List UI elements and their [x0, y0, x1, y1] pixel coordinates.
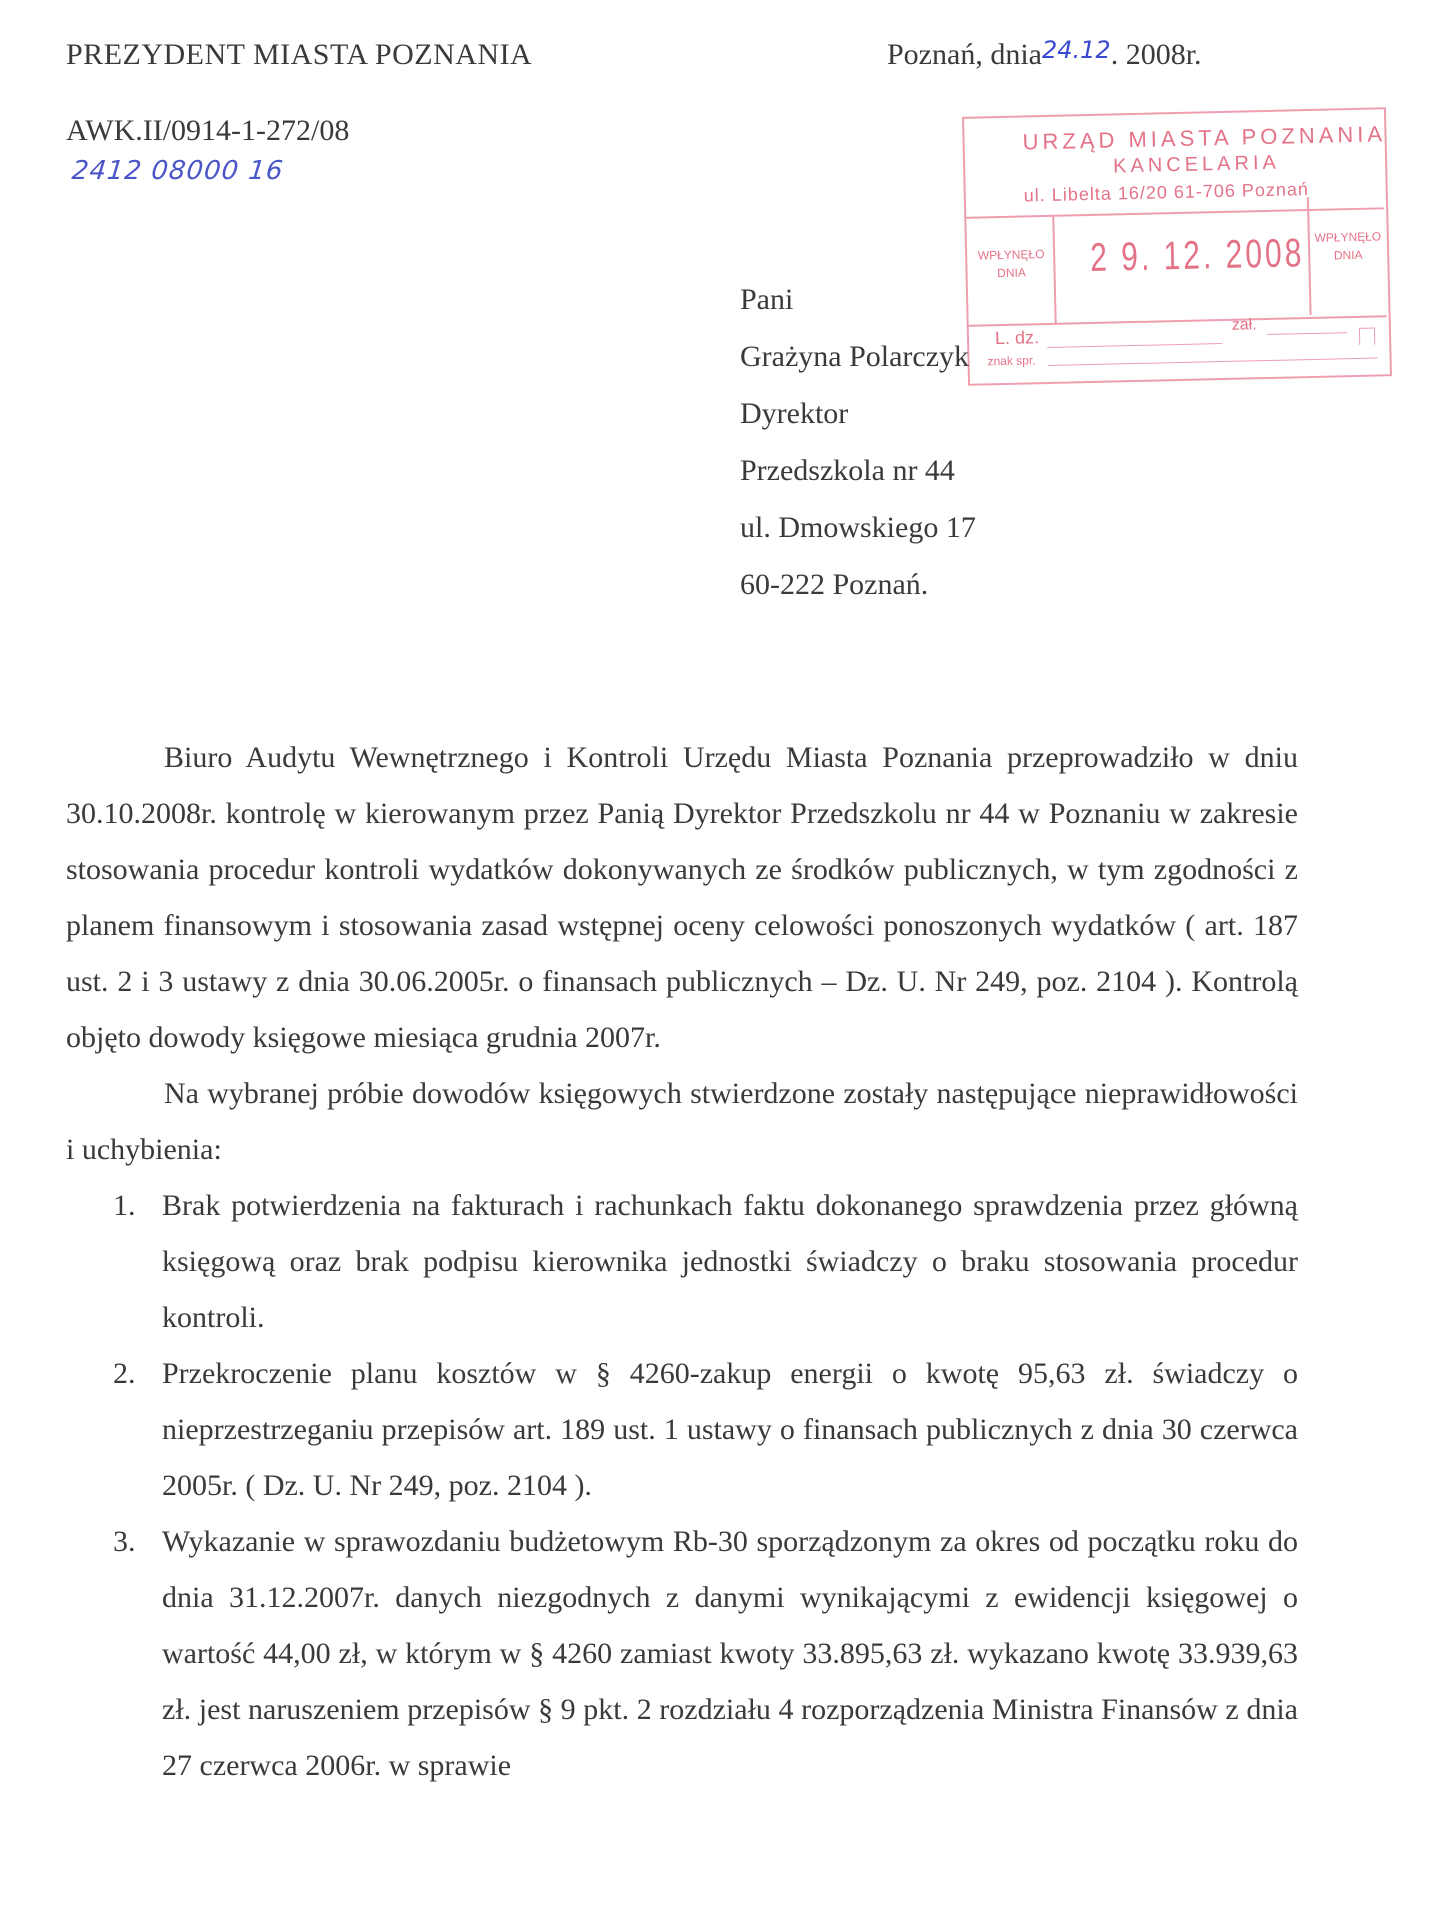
finding-number: 3.	[113, 1514, 136, 1570]
reference-number: AWK.II/0914-1-272/08	[66, 114, 349, 148]
finding-number: 1.	[113, 1178, 136, 1234]
stamp-box	[1359, 328, 1375, 345]
stamp-received-label: WPŁYNĘŁO DNIA	[1311, 227, 1386, 265]
date-year: . 2008r.	[1111, 38, 1202, 71]
letter-body: Biuro Audytu Wewnętrznego i Kontroli Urz…	[66, 730, 1298, 1794]
handwritten-registry-number: 2412 08000 16	[70, 156, 285, 186]
stamp-znak-label: znak spr.	[987, 353, 1035, 368]
addressee-position: Dyrektor	[740, 397, 848, 431]
stamp-zal-label: zał.	[1232, 316, 1257, 335]
body-paragraph-audit-scope: Biuro Audytu Wewnętrznego i Kontroli Urz…	[66, 730, 1298, 1066]
finding-item: 1. Brak potwierdzenia na fakturach i rac…	[66, 1178, 1298, 1346]
addressee-city: 60-222 Poznań.	[740, 568, 928, 602]
body-paragraph-findings-intro: Na wybranej próbie dowodów księgowych st…	[66, 1066, 1298, 1178]
findings-list: 1. Brak potwierdzenia na fakturach i rac…	[66, 1178, 1298, 1794]
finding-item: 3. Wykazanie w sprawozdaniu budżetowym R…	[66, 1514, 1298, 1794]
stamp-received-date: 2 9. 12. 2008	[1090, 231, 1305, 281]
finding-number: 2.	[113, 1346, 136, 1402]
stamp-ldz-label: L. dz.	[995, 327, 1039, 349]
addressee-name: Grażyna Polarczyk	[740, 340, 969, 374]
addressee-institution: Przedszkola nr 44	[740, 454, 955, 488]
place-and-date: Poznań, dnia24.12. 2008r.	[887, 38, 1202, 72]
finding-item: 2. Przekroczenie planu kosztów w § 4260-…	[66, 1346, 1298, 1514]
stamp-received-label: WPŁYNĘŁO DNIA	[969, 245, 1054, 283]
finding-text: Wykazanie w sprawozdaniu budżetowym Rb-3…	[162, 1525, 1298, 1782]
addressee-salutation: Pani	[740, 283, 793, 317]
handwritten-date: 24.12	[1042, 36, 1111, 64]
addressee-street: ul. Dmowskiego 17	[740, 511, 976, 545]
finding-text: Brak potwierdzenia na fakturach i rachun…	[162, 1189, 1298, 1334]
received-stamp: URZĄD MIASTA POZNANIA KANCELARIA ul. Lib…	[962, 107, 1394, 387]
finding-text: Przekroczenie planu kosztów w § 4260-zak…	[162, 1357, 1298, 1502]
sender-title: PREZYDENT MIASTA POZNANIA	[66, 38, 532, 72]
place-prefix: Poznań, dnia	[887, 38, 1042, 71]
stamp-department: KANCELARIA	[1113, 152, 1280, 179]
